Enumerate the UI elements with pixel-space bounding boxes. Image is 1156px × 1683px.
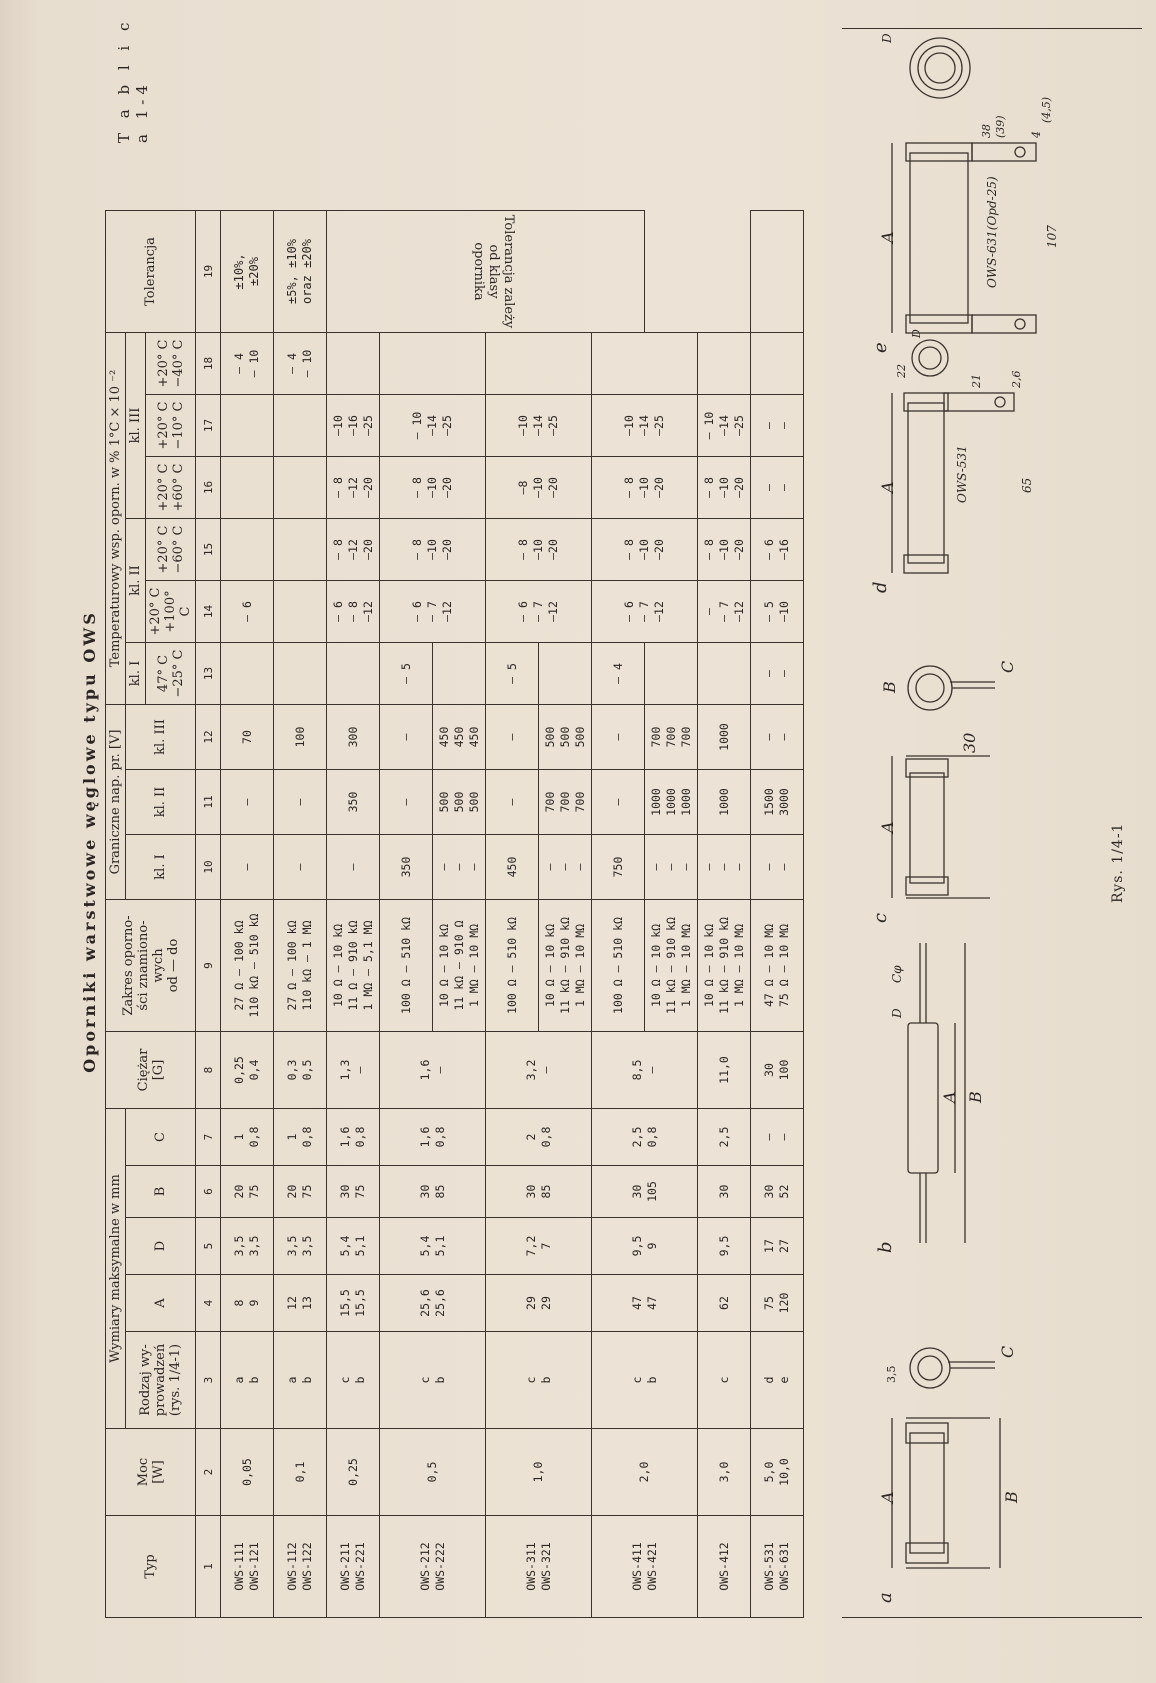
model-label: OWS-631(Opd-25)	[985, 176, 999, 288]
cell-t18	[380, 333, 486, 395]
cell-moc: 5,0 10,0	[751, 1429, 804, 1516]
cell-t16	[221, 457, 274, 519]
cell-t14: — — 7 —12	[698, 581, 751, 643]
page-title: Oporniki warstwowe węglowe typu OWS	[80, 0, 99, 1683]
col-num: 5	[196, 1218, 221, 1275]
cell-zakres: 10 Ω — 10 kΩ 11 kΩ — 910 kΩ 1 MΩ — 10 MΩ	[539, 900, 592, 1032]
cell-d: 7,2 7	[486, 1218, 592, 1275]
cell-c: 1,6 0,8	[380, 1109, 486, 1166]
cell-c: — —	[751, 1109, 804, 1166]
cell-v3: 500 500 500	[539, 705, 592, 770]
cell-t15: — 6 —16	[751, 519, 804, 581]
dim-d: D	[880, 33, 894, 43]
cell-t17	[221, 395, 274, 457]
dim-d: D	[890, 1008, 904, 1018]
cell-v1: —	[221, 835, 274, 900]
cell-v1: 350	[380, 835, 433, 900]
table-row: OWS-112 OWS-122 0,1 a b 12 13 3,5 3,5 20…	[274, 211, 327, 1618]
header-temp-kl3: kl. III	[126, 333, 146, 519]
col-num: 13	[196, 643, 221, 705]
cell-t14: — 6 — 7 —12	[486, 581, 592, 643]
dim-a: A	[878, 231, 897, 243]
header-ciezar: Ciężar [G]	[106, 1032, 196, 1109]
header-nap-kl3: kl. III	[126, 705, 196, 770]
cell-v2: —	[274, 770, 327, 835]
resistor-drawing-e: A OWS-631(Opd-25) 107 38 (39) 4 (4,5) D	[880, 23, 1084, 343]
col-num: 11	[196, 770, 221, 835]
cell-b: 30 85	[380, 1166, 486, 1218]
figure-label-b: b	[875, 1241, 896, 1253]
cell-t18: — 4 — 10	[221, 333, 274, 395]
dim-hole: 2,6	[1010, 371, 1023, 389]
col-num: 19	[196, 211, 221, 333]
dim-width: 21	[970, 374, 983, 388]
cell-t18	[698, 333, 751, 395]
cell-rodzaj: a b	[274, 1332, 327, 1429]
dim-width: 38	[980, 124, 993, 138]
cell-v3: 450 450 450	[433, 705, 486, 770]
cell-t17: — 10 —14 —25	[698, 395, 751, 457]
cell-t18	[486, 333, 592, 395]
dim-a: A	[878, 1491, 897, 1503]
resistor-spec-table: Typ Moc [W] Wymiary maksymalne w mm Cięż…	[105, 210, 804, 1618]
figure-caption: Rys. 1/4-1	[1110, 823, 1126, 903]
cell-v1: — —	[751, 835, 804, 900]
resistor-drawing-a: A B 3,5 C	[880, 1303, 1104, 1583]
cell-rodzaj: d e	[751, 1332, 804, 1429]
header-t18: +20° C −40° C	[146, 333, 196, 395]
cell-v2: —	[221, 770, 274, 835]
figure-label-c: c	[870, 913, 891, 923]
cell-rodzaj: c b	[380, 1332, 486, 1429]
cell-rodzaj: c b	[486, 1332, 592, 1429]
cell-a: 15,5 15,5	[327, 1275, 380, 1332]
cell-t13	[645, 643, 698, 705]
cell-t17: — —	[751, 395, 804, 457]
cell-t15	[274, 519, 327, 581]
cell-v1: —	[274, 835, 327, 900]
cell-zakres: 10 Ω — 10 kΩ 11 Ω — 910 kΩ 1 MΩ — 5,1 MΩ	[327, 900, 380, 1032]
col-num: 14	[196, 581, 221, 643]
header-typ: Typ	[106, 1516, 196, 1618]
dim-lead-diameter: Cφ	[890, 965, 904, 983]
cell-c: 2,5 0,8	[592, 1109, 698, 1166]
cell-d: 5,4 5,1	[327, 1218, 380, 1275]
cell-zakres: 27 Ω — 100 kΩ 110 kΩ — 1 MΩ	[274, 900, 327, 1032]
header-temp-kl2: kl. II	[126, 519, 146, 643]
cell-t16: —8 —10 —20	[486, 457, 592, 519]
cell-t13	[539, 643, 592, 705]
dim-c: C	[998, 1346, 1017, 1358]
cell-typ: OWS-212 OWS-222	[380, 1516, 486, 1618]
cell-v3: —	[592, 705, 645, 770]
cell-v1: — — —	[539, 835, 592, 900]
cell-b: 20 75	[274, 1166, 327, 1218]
cell-moc: 0,25	[327, 1429, 380, 1516]
cell-t18	[751, 333, 804, 395]
cell-v1: 750	[592, 835, 645, 900]
table-row: OWS-111 OWS-121 0,05 a b 8 9 3,5 3,5 20 …	[221, 211, 274, 1618]
cell-tolerancja: ±5%, ±10% oraz ±20%	[274, 211, 327, 333]
cell-t17: —10 —16 —25	[327, 395, 380, 457]
cell-v3: 300	[327, 705, 380, 770]
dim-mount-length: 107	[1045, 225, 1059, 248]
cell-typ: OWS-111 OWS-121	[221, 1516, 274, 1618]
cell-b: 30	[698, 1166, 751, 1218]
dim-b: B	[1002, 1491, 1021, 1503]
cell-a: 75 120	[751, 1275, 804, 1332]
cell-c: 1,6 0,8	[327, 1109, 380, 1166]
cell-a: 8 9	[221, 1275, 274, 1332]
tolerance-note-text: Tolerancja zależy od klasy opornika	[471, 214, 516, 329]
cell-t15: — 8 —12 —20	[327, 519, 380, 581]
cell-zakres: 47 Ω — 10 MΩ 75 Ω — 10 MΩ	[751, 900, 804, 1032]
cell-t17: —10 —14 —25	[486, 395, 592, 457]
figure-label-e: e	[870, 342, 891, 353]
cell-zakres: 100 Ω — 510 kΩ	[486, 900, 539, 1032]
cell-v1: —	[327, 835, 380, 900]
dim-end-diameter: 22	[895, 364, 908, 378]
cell-t13	[274, 643, 327, 705]
col-num: 12	[196, 705, 221, 770]
col-num: 7	[196, 1109, 221, 1166]
cell-d: 5,4 5,1	[380, 1218, 486, 1275]
cell-t13: — 5	[486, 643, 539, 705]
resistor-drawing-c: A 30 B C	[880, 613, 1084, 913]
cell-b: 30 75	[327, 1166, 380, 1218]
header-tolerancja: Tolerancja	[106, 211, 196, 333]
figure-label-a: a	[875, 1592, 896, 1603]
cell-d: 3,5 3,5	[221, 1218, 274, 1275]
cell-zakres: 10 Ω — 10 kΩ 11 kΩ — 910 kΩ 1 MΩ — 10 MΩ	[645, 900, 698, 1032]
cell-v3: — —	[751, 705, 804, 770]
cell-t15: — 8 —10 —20	[592, 519, 698, 581]
cell-v3: 1000	[698, 705, 751, 770]
col-num: 18	[196, 333, 221, 395]
dim-b: B	[880, 681, 899, 693]
cell-d: 17 27	[751, 1218, 804, 1275]
dim-lead-length: 30	[960, 733, 979, 753]
cell-typ: OWS-311 OWS-321	[486, 1516, 592, 1618]
cell-t14: — 5 —10	[751, 581, 804, 643]
header-b: B	[126, 1166, 196, 1218]
cell-t17: —10 —14 —25	[592, 395, 698, 457]
cell-a: 47 47	[592, 1275, 698, 1332]
dim-b: B	[966, 1091, 985, 1103]
dim-c: C	[998, 661, 1017, 673]
cell-ciezar: 8,5 —	[592, 1032, 698, 1109]
header-c: C	[126, 1109, 196, 1166]
col-num: 17	[196, 395, 221, 457]
cell-t17	[274, 395, 327, 457]
cell-t14: — 6 — 7 —12	[592, 581, 698, 643]
header-t17: +20° C −10° C	[146, 395, 196, 457]
cell-zakres: 10 Ω — 10 kΩ 11 kΩ — 910 kΩ 1 MΩ — 10 MΩ	[698, 900, 751, 1032]
header-wymiary: Wymiary maksymalne w mm	[106, 1109, 126, 1429]
cell-v2: —	[380, 770, 433, 835]
cell-v3: 100	[274, 705, 327, 770]
cell-v3: 70	[221, 705, 274, 770]
cell-v2: 500 500 500	[433, 770, 486, 835]
cell-typ: OWS-211 OWS-221	[327, 1516, 380, 1618]
cell-t14: — 6	[221, 581, 274, 643]
header-t15: +20° C −60° C	[146, 519, 196, 581]
header-zakres: Zakres oporno- ści znamiono- wych od — d…	[106, 900, 196, 1032]
dim-mount-length: 65	[1020, 478, 1034, 493]
header-rodzaj: Rodzaj wy- prowadzeń (rys. 1/4-1)	[126, 1332, 196, 1429]
header-d: D	[126, 1218, 196, 1275]
header-temperatura: Temperaturowy wsp. oporn. w % 1°C × 10 ⁻…	[106, 333, 126, 705]
cell-b: 30 52	[751, 1166, 804, 1218]
cell-t13	[221, 643, 274, 705]
cell-rodzaj: c	[698, 1332, 751, 1429]
cell-a: 12 13	[274, 1275, 327, 1332]
cell-tolerancja: ±10%, ±20%	[221, 211, 274, 333]
cell-a: 25,6 25,6	[380, 1275, 486, 1332]
dim-a: A	[940, 1091, 959, 1103]
table-row: OWS-212 OWS-222 0,5 c b 25,6 25,6 5,4 5,…	[380, 211, 433, 1618]
table-row: OWS-412 3,0 c 62 9,5 30 2,5 11,0 10 Ω — …	[698, 211, 751, 1618]
cell-tolerancja	[751, 211, 804, 333]
cell-t15	[221, 519, 274, 581]
cell-ciezar: 1,3 —	[327, 1032, 380, 1109]
cell-typ: OWS-112 OWS-122	[274, 1516, 327, 1618]
cell-rodzaj: c b	[327, 1332, 380, 1429]
col-num: 16	[196, 457, 221, 519]
cell-ciezar: 1,6 —	[380, 1032, 486, 1109]
cell-v2: —	[592, 770, 645, 835]
cell-t16: — 8 —10 —20	[592, 457, 698, 519]
header-moc: Moc [W]	[106, 1429, 196, 1516]
cell-t16	[274, 457, 327, 519]
cell-t14	[274, 581, 327, 643]
header-nap-kl1: kl. I	[126, 835, 196, 900]
col-num: 1	[196, 1516, 221, 1618]
col-num: 9	[196, 900, 221, 1032]
cell-v1: — — —	[698, 835, 751, 900]
table-row: OWS-211 OWS-221 0,25 c b 15,5 15,5 5,4 5…	[327, 211, 380, 1618]
cell-typ: OWS-411 OWS-421	[592, 1516, 698, 1618]
cell-t13	[327, 643, 380, 705]
resistor-drawing-b: A B D Cφ	[890, 943, 974, 1243]
cell-v1: — — —	[645, 835, 698, 900]
cell-v2: —	[486, 770, 539, 835]
cell-t13: — —	[751, 643, 804, 705]
cell-v2: 700 700 700	[539, 770, 592, 835]
dim-width-alt: (39)	[994, 115, 1007, 138]
cell-v3: —	[380, 705, 433, 770]
header-temp-kl1: kl. I	[126, 643, 146, 705]
dim-hole: 4	[1030, 131, 1043, 138]
table-row: OWS-531 OWS-631 5,0 10,0 d e 75 120 17 2…	[751, 211, 804, 1618]
cell-v2: 1000	[698, 770, 751, 835]
cell-t17: — 10 —14 —25	[380, 395, 486, 457]
cell-ciezar: 30 100	[751, 1032, 804, 1109]
cell-moc: 2,0	[592, 1429, 698, 1516]
header-nap-kl2: kl. II	[126, 770, 196, 835]
cell-zakres: 100 Ω — 510 kΩ	[380, 900, 433, 1032]
cell-zakres: 27 Ω — 100 kΩ 110 kΩ — 510 kΩ	[221, 900, 274, 1032]
cell-t13	[698, 643, 751, 705]
cell-d: 9,5 9	[592, 1218, 698, 1275]
resistor-drawing-d: A OWS-531 65 21 2,6 22 D	[880, 323, 1064, 583]
header-t14: +20° C +100° C	[146, 581, 196, 643]
cell-t16: — 8 —10 —20	[698, 457, 751, 519]
header-napiecie: Graniczne nap. pr. [V]	[106, 705, 126, 900]
cell-t15: — 8 —10 —20	[698, 519, 751, 581]
cell-ciezar: 11,0	[698, 1032, 751, 1109]
table-row: OWS-311 OWS-321 1,0 c b 29 29 7,2 7 30 8…	[486, 211, 539, 1618]
cell-b: 30 85	[486, 1166, 592, 1218]
dim-a: A	[878, 821, 897, 833]
table-number: T a b l i c a 1-4	[115, 0, 151, 143]
model-label: OWS-531	[955, 445, 969, 503]
dim-hole-alt: (4,5)	[1040, 97, 1053, 123]
rotated-page: T a b l i c a 1-4 Oporniki warstwowe węg…	[0, 0, 1156, 1683]
cell-moc: 3,0	[698, 1429, 751, 1516]
cell-zakres: 100 Ω — 510 kΩ	[592, 900, 645, 1032]
figure-label-d: d	[870, 581, 891, 593]
cell-moc: 1,0	[486, 1429, 592, 1516]
cell-t13: — 5	[380, 643, 433, 705]
cell-rodzaj: c b	[592, 1332, 698, 1429]
cell-t18	[592, 333, 698, 395]
cell-d: 3,5 3,5	[274, 1218, 327, 1275]
cell-typ: OWS-531 OWS-631	[751, 1516, 804, 1618]
cell-v2: 1000 1000 1000	[645, 770, 698, 835]
cell-b: 30 105	[592, 1166, 698, 1218]
cell-ciezar: 3,2 —	[486, 1032, 592, 1109]
cell-t13	[433, 643, 486, 705]
cell-c: 1 0,8	[274, 1109, 327, 1166]
header-t16: +20° C +60° C	[146, 457, 196, 519]
col-num: 10	[196, 835, 221, 900]
cell-b: 20 75	[221, 1166, 274, 1218]
col-num: 15	[196, 519, 221, 581]
cell-c: 1 0,8	[221, 1109, 274, 1166]
cell-rodzaj: a b	[221, 1332, 274, 1429]
cell-moc: 0,05	[221, 1429, 274, 1516]
cell-typ: OWS-412	[698, 1516, 751, 1618]
cell-a: 62	[698, 1275, 751, 1332]
cell-v3: 700 700 700	[645, 705, 698, 770]
cell-v1: 450	[486, 835, 539, 900]
cell-t18	[327, 333, 380, 395]
table-row: OWS-411 OWS-421 2,0 c b 47 47 9,5 9 30 1…	[592, 211, 645, 1618]
cell-v2: 350	[327, 770, 380, 835]
cell-v3: —	[486, 705, 539, 770]
cell-t15: — 8 —10 —20	[486, 519, 592, 581]
cell-t16: — 8 —10 —20	[380, 457, 486, 519]
header-t13: 47° C −25° C	[146, 643, 196, 705]
cell-t16: — —	[751, 457, 804, 519]
col-num: 8	[196, 1032, 221, 1109]
cell-d: 9,5	[698, 1218, 751, 1275]
dim-eye-diameter: 3,5	[885, 1366, 898, 1384]
cell-t15: — 8 —10 —20	[380, 519, 486, 581]
cell-moc: 0,5	[380, 1429, 486, 1516]
cell-t13: — 4	[592, 643, 645, 705]
col-num: 6	[196, 1166, 221, 1218]
cell-v2: 1500 3000	[751, 770, 804, 835]
cell-zakres: 10 Ω — 10 kΩ 11 kΩ — 910 Ω 1 MΩ — 10 MΩ	[433, 900, 486, 1032]
col-num: 2	[196, 1429, 221, 1516]
cell-moc: 0,1	[274, 1429, 327, 1516]
cell-c: 2 0,8	[486, 1109, 592, 1166]
cell-ciezar: 0,3 0,5	[274, 1032, 327, 1109]
col-num: 3	[196, 1332, 221, 1429]
header-a: A	[126, 1275, 196, 1332]
cell-a: 29 29	[486, 1275, 592, 1332]
cell-t14: — 6 — 7 —12	[380, 581, 486, 643]
cell-t18: — 4 — 10	[274, 333, 327, 395]
cell-t14: — 6 — 8 —12	[327, 581, 380, 643]
cell-v1: — — —	[433, 835, 486, 900]
cell-ciezar: 0,25 0,4	[221, 1032, 274, 1109]
dim-a: A	[878, 481, 897, 493]
tolerance-note: Tolerancja zależy od klasy opornika	[327, 211, 645, 333]
col-num: 4	[196, 1275, 221, 1332]
cell-t16: — 8 —12 —20	[327, 457, 380, 519]
cell-c: 2,5	[698, 1109, 751, 1166]
